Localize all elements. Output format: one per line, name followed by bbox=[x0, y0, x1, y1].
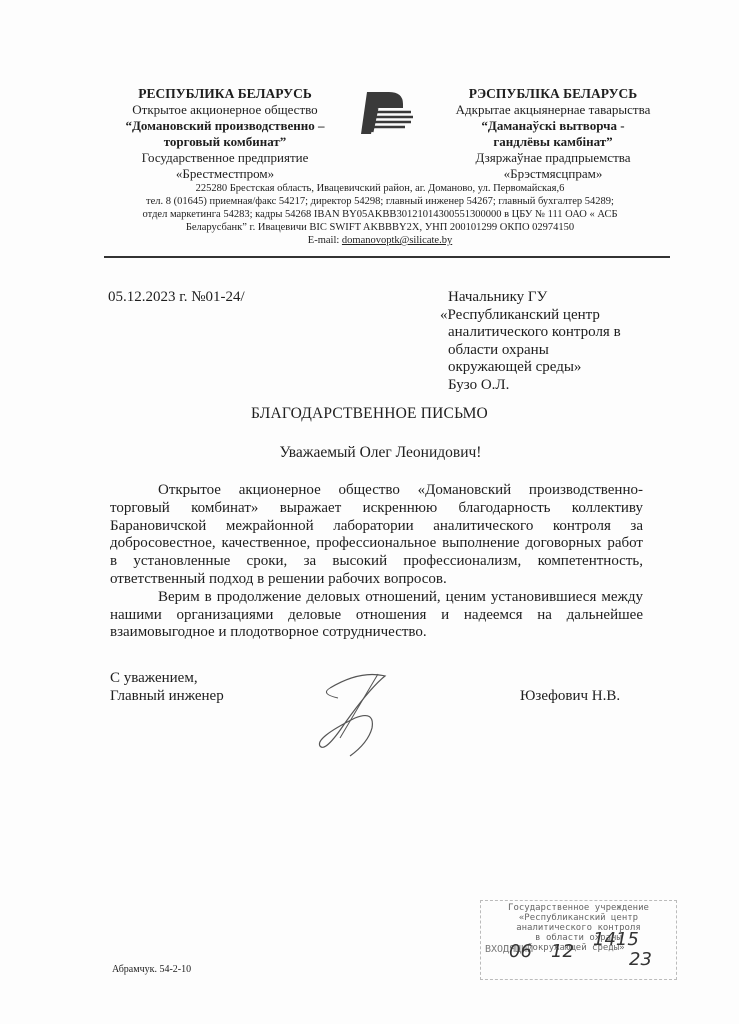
stamp-number: 1415 bbox=[593, 935, 639, 945]
stamp-line: аналитического контроля bbox=[481, 923, 676, 933]
stamp-date-day: 06 bbox=[509, 947, 532, 957]
header-left-block: РЕСПУБЛИКА БЕЛАРУСЬ Открытое акционерное… bbox=[100, 86, 350, 182]
addressee-line: окружающей среды» bbox=[440, 359, 621, 377]
address-line: 225280 Брестская область, Ивацевичский р… bbox=[100, 182, 660, 195]
email-link[interactable]: domanovoptk@silicate.by bbox=[342, 235, 452, 246]
company-logo-icon bbox=[359, 90, 415, 136]
enterprise-type-ru: Государственное предприятие bbox=[100, 150, 350, 166]
body-paragraph: Открытое акционерное общество «Домановск… bbox=[110, 482, 643, 589]
closing-text: С уважением, bbox=[110, 670, 224, 688]
addressee-line: области охраны bbox=[440, 342, 621, 360]
stamp-date-month: 12 bbox=[551, 947, 574, 957]
addressee-line: «Республиканский центр bbox=[440, 307, 621, 325]
letter-body: Открытое акционерное общество «Домановск… bbox=[110, 482, 643, 642]
letter-greeting: Уважаемый Олег Леонидович! bbox=[0, 444, 739, 462]
addressee-line: Бузо О.Л. bbox=[440, 377, 621, 395]
signer-name: Юзефович Н.В. bbox=[520, 688, 620, 705]
header-divider bbox=[104, 256, 670, 258]
org-name-by-1: “Даманаўскі вытворча - bbox=[438, 118, 668, 134]
bank-line: отдел маркетинга 54283; кадры 54268 IBAN… bbox=[100, 208, 660, 221]
phones-line: тел. 8 (01645) приемная/факс 54217; дире… bbox=[100, 195, 660, 208]
enterprise-name-ru: «Брестместпром» bbox=[100, 166, 350, 182]
email-line: E-mail: domanovoptk@silicate.by bbox=[100, 234, 660, 247]
addressee-block: Начальнику ГУ «Республиканский центр ана… bbox=[440, 289, 621, 394]
country-name-ru: РЕСПУБЛИКА БЕЛАРУСЬ bbox=[100, 86, 350, 102]
org-name-ru-2: торговый комбинат” bbox=[100, 134, 350, 150]
email-label: E-mail: bbox=[308, 235, 342, 246]
stamp-pages: 23 bbox=[629, 955, 652, 965]
addressee-line: аналитического контроля в bbox=[440, 324, 621, 342]
bank-details-line: Беларусбанк” г. Ивацевичи BIC SWIFT AKBB… bbox=[100, 221, 660, 234]
stamp-line: Государственное учреждение bbox=[481, 903, 676, 913]
signer-title: Главный инженер bbox=[110, 688, 224, 706]
signature-block: С уважением, Главный инженер bbox=[110, 670, 224, 706]
org-type-by: Адкрытае акцыянернае таварыства bbox=[438, 102, 668, 118]
enterprise-name-by: «Брэстмясцпрам» bbox=[438, 166, 668, 182]
company-requisites: 225280 Брестская область, Ивацевичский р… bbox=[100, 182, 660, 247]
signature-icon bbox=[300, 668, 410, 758]
executor-info: Абрамчук. 54-2-10 bbox=[112, 964, 191, 975]
incoming-stamp: Государственное учреждение «Республиканс… bbox=[480, 900, 677, 980]
body-paragraph: Верим в продолжение деловых отношений, ц… bbox=[110, 589, 643, 642]
stamp-line: «Республиканский центр bbox=[481, 913, 676, 923]
country-name-by: РЭСПУБЛІКА БЕЛАРУСЬ bbox=[438, 86, 668, 102]
header-right-block: РЭСПУБЛІКА БЕЛАРУСЬ Адкрытае акцыянернае… bbox=[438, 86, 668, 182]
outgoing-number: 05.12.2023 г. №01-24/ bbox=[108, 289, 245, 306]
org-name-ru-1: “Домановский производственно – bbox=[100, 118, 350, 134]
addressee-line: Начальнику ГУ bbox=[440, 289, 621, 307]
enterprise-type-by: Дзяржаўнае прадпрыемства bbox=[438, 150, 668, 166]
org-name-by-2: гандлёвы камбінат” bbox=[438, 134, 668, 150]
letter-title: БЛАГОДАРСТВЕННОЕ ПИСЬМО bbox=[0, 405, 739, 423]
org-type-ru: Открытое акционерное общество bbox=[100, 102, 350, 118]
